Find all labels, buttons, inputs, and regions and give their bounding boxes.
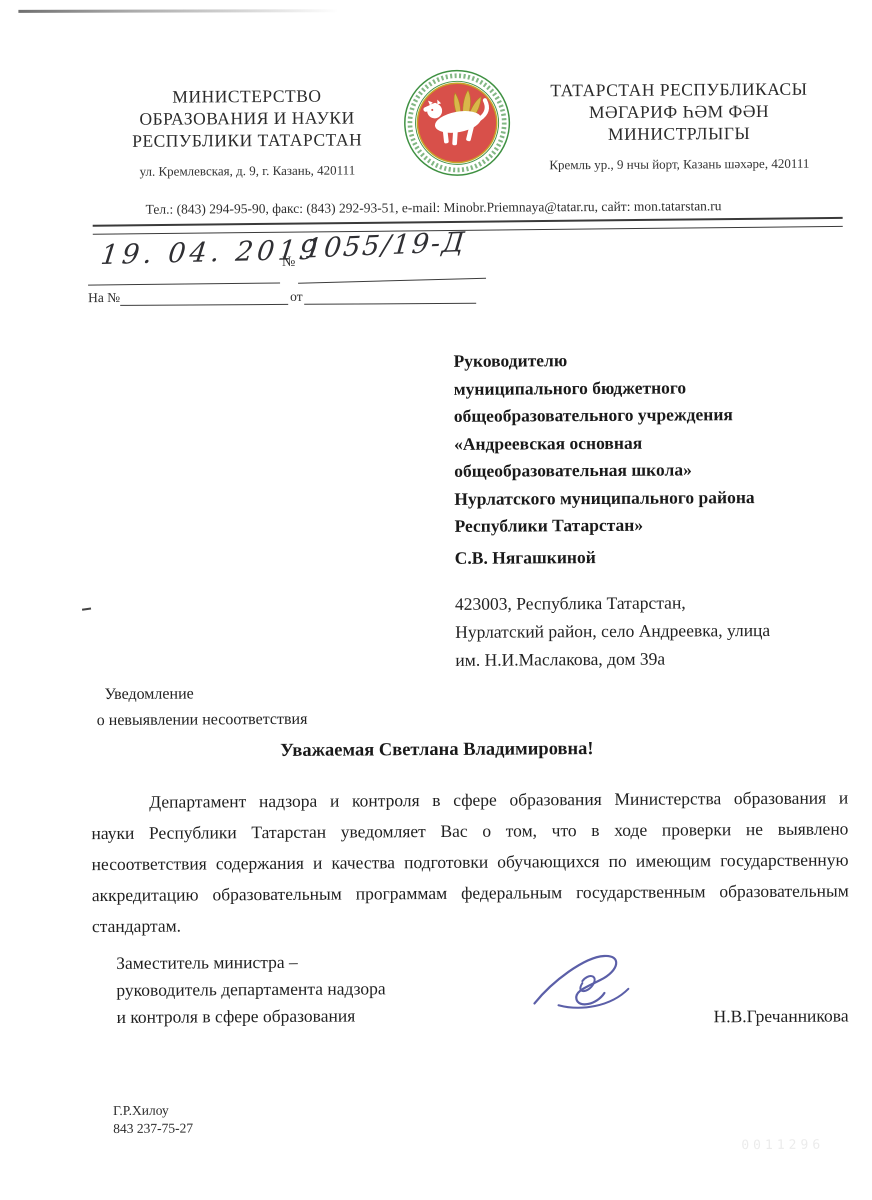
recipient-line: общеобразовательного учреждения bbox=[454, 400, 854, 430]
body-paragraph: Департамент надзора и контроля в сфере о… bbox=[91, 782, 849, 942]
recipient-line: «Андреевская основная bbox=[454, 428, 854, 458]
reply-date-blank bbox=[305, 289, 477, 305]
ministry-tt-line2: МӘГАРИФ ҺӘМ ФӘН bbox=[495, 99, 863, 123]
letterhead-serial-number: 0011296 bbox=[741, 1138, 824, 1154]
handwritten-outgoing-number: 1055/19-Д bbox=[303, 227, 467, 265]
letterhead-divider bbox=[93, 217, 843, 235]
signer-name: Н.В.Гречанникова bbox=[602, 1005, 848, 1028]
ministry-ru-address: ул. Кремлевская, д. 9, г. Казань, 420111 bbox=[97, 162, 397, 179]
reply-number-blank bbox=[120, 290, 288, 306]
recipient-block: Руководителю муниципального бюджетного о… bbox=[453, 345, 854, 540]
recipient-address-line: 423003, Республика Татарстан, bbox=[455, 587, 855, 617]
ministry-name-tatar: ТАТАРСТАН РЕСПУБЛИКАСЫ МӘГАРИФ ҺӘМ ФӘН М… bbox=[495, 77, 864, 172]
scan-artifact-line bbox=[18, 9, 338, 13]
date-underline bbox=[88, 282, 280, 285]
reply-reference-row: На № от bbox=[88, 288, 477, 306]
executor-name: Г.Р.Хилоу bbox=[113, 1101, 193, 1119]
letter-page: МИНИСТЕРСТВО ОБРАЗОВАНИЯ И НАУКИ РЕСПУБЛ… bbox=[0, 0, 872, 1200]
recipient-name: С.В. Нягашкиной bbox=[455, 547, 596, 569]
recipient-address-line: им. Н.И.Маслакова, дом 39а bbox=[455, 643, 855, 673]
recipient-line: Нурлатского муниципального района bbox=[454, 483, 854, 513]
ministry-tt-line3: МИНИСТРЛЫГЫ bbox=[495, 121, 863, 145]
reply-from-label: от bbox=[290, 289, 303, 305]
ministry-ru-line3: РЕСПУБЛИКИ ТАТАРСТАН bbox=[97, 128, 397, 152]
ministry-ru-line2: ОБРАЗОВАНИЯ И НАУКИ bbox=[97, 106, 397, 130]
executor-phone: 843 237-75-27 bbox=[113, 1119, 193, 1137]
signer-role-line: руководитель департамента надзора bbox=[116, 975, 476, 1004]
ministry-ru-line1: МИНИСТЕРСТВО bbox=[97, 84, 397, 108]
scan-artifact-dash bbox=[82, 607, 91, 610]
ministry-name-russian: МИНИСТЕРСТВО ОБРАЗОВАНИЯ И НАУКИ РЕСПУБЛ… bbox=[97, 84, 398, 179]
contact-info-line: Тел.: (843) 294-95-90, факс: (843) 292-9… bbox=[0, 197, 870, 218]
reply-prefix-label: На № bbox=[88, 290, 120, 306]
recipient-address-line: Нурлатский район, село Андреевка, улица bbox=[455, 615, 855, 645]
subject-line2: о невыявлении несоответствия bbox=[97, 707, 308, 734]
recipient-line: муниципального бюджетного bbox=[454, 373, 854, 403]
recipient-line: общеобразовательная школа» bbox=[454, 455, 854, 485]
recipient-line: Республики Татарстан» bbox=[454, 510, 854, 540]
signer-role-line: и контроля в сфере образования bbox=[116, 1002, 476, 1031]
recipient-line: Руководителю bbox=[453, 345, 853, 375]
ministry-tt-line1: ТАТАРСТАН РЕСПУБЛИКАСЫ bbox=[495, 77, 863, 101]
ministry-tt-address: Кремль ур., 9 нчы йорт, Казань шәхәре, 4… bbox=[495, 155, 863, 172]
subject-block: Уведомление о невыявлении несоответствия bbox=[96, 681, 307, 734]
number-sign-label: № bbox=[282, 255, 295, 271]
signer-role-block: Заместитель министра – руководитель депа… bbox=[116, 948, 476, 1031]
number-underline bbox=[298, 278, 486, 284]
salutation: Уважаемая Светлана Владимировна! bbox=[1, 737, 872, 763]
recipient-address-block: 423003, Республика Татарстан, Нурлатский… bbox=[455, 587, 856, 673]
subject-line1: Уведомление bbox=[104, 681, 307, 708]
executor-block: Г.Р.Хилоу 843 237-75-27 bbox=[113, 1101, 193, 1137]
signer-role-line: Заместитель министра – bbox=[116, 948, 476, 977]
